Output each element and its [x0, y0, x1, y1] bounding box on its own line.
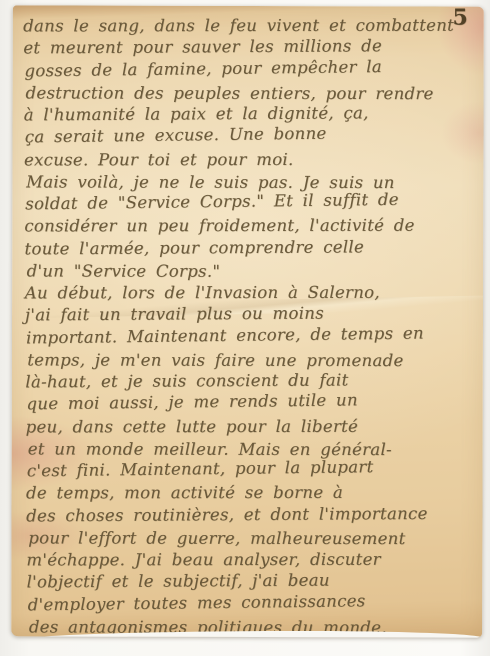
scan-background: 5 dans le sang, dans le feu vivent et co… [0, 0, 490, 656]
letter-line: c'est fini. Maintenant, pour la plupart [27, 455, 484, 483]
letter-line: excuse. Pour toi et pour moi. [24, 148, 482, 171]
letter-line: peu, dans cette lutte pour la liberté [26, 415, 484, 438]
letter-body: dans le sang, dans le feu vivent et comb… [23, 13, 484, 638]
letter-line: Au début, lors de l'Invasion à Salerno, [25, 282, 483, 305]
letter-line: des choses routinières, et dont l'import… [26, 502, 484, 527]
letter-line: soldat de "Service Corps." Et il suffit … [25, 188, 483, 216]
letter-line: toute l'armée, pour comprendre celle [24, 235, 482, 260]
letter-line: d'un "Service Corps." [27, 260, 484, 283]
letter-line: dans le sang, dans le feu vivent et comb… [23, 15, 481, 38]
letter-line: ça serait une excuse. Une bonne [25, 121, 483, 149]
letter-line: temps, je m'en vais faire une promenade [27, 349, 484, 372]
letter-line: m'échappe. J'ai beau analyser, discuter [26, 549, 483, 572]
letter-line: destruction des peuples entiers, pour re… [26, 82, 484, 105]
letter-page: 5 dans le sang, dans le feu vivent et co… [11, 5, 484, 637]
letter-line: que moi aussi, je me rends utile un [26, 388, 483, 416]
letter-line: pour l'effort de guerre, malheureusement [28, 527, 484, 550]
letter-line: de temps, mon activité se borne à [26, 482, 484, 505]
letter-line: considérer un peu froidement, l'activité… [24, 215, 482, 238]
